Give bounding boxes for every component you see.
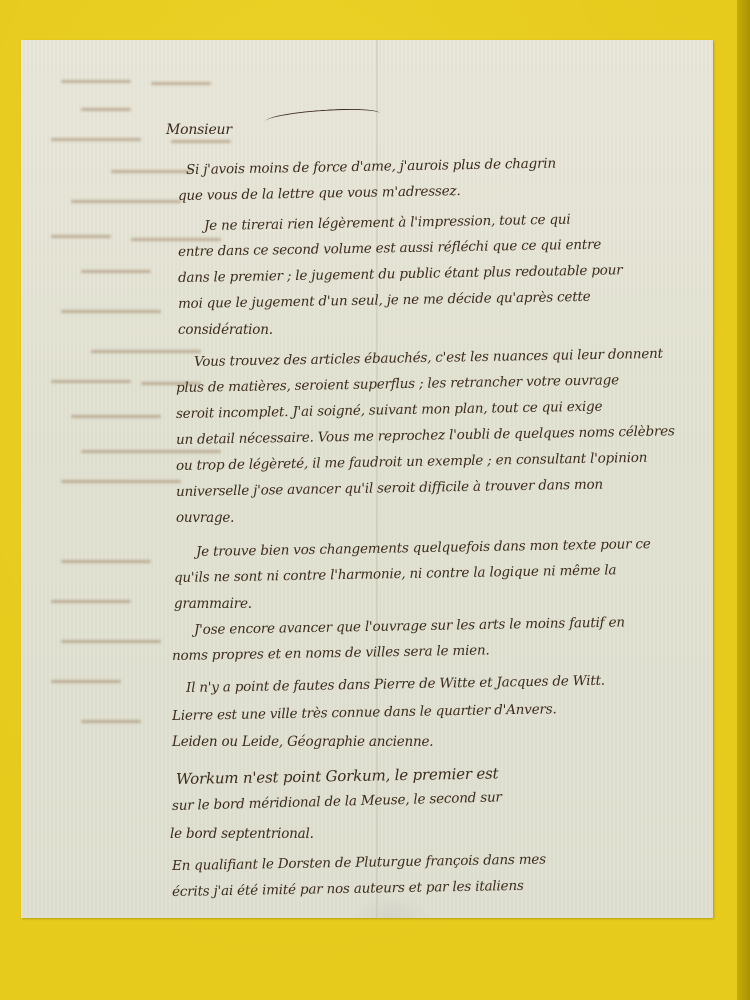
background-edge-strip bbox=[737, 0, 750, 1000]
salutation: Monsieur bbox=[166, 122, 232, 138]
paper-stain bbox=[351, 895, 431, 918]
letter-line: considération. bbox=[178, 322, 273, 338]
letter-line: Leiden ou Leide, Géographie ancienne. bbox=[172, 734, 433, 750]
letter-line: grammaire. bbox=[174, 596, 252, 612]
letter-line: ouvrage. bbox=[176, 510, 234, 526]
letter-line: le bord septentrional. bbox=[170, 826, 314, 842]
